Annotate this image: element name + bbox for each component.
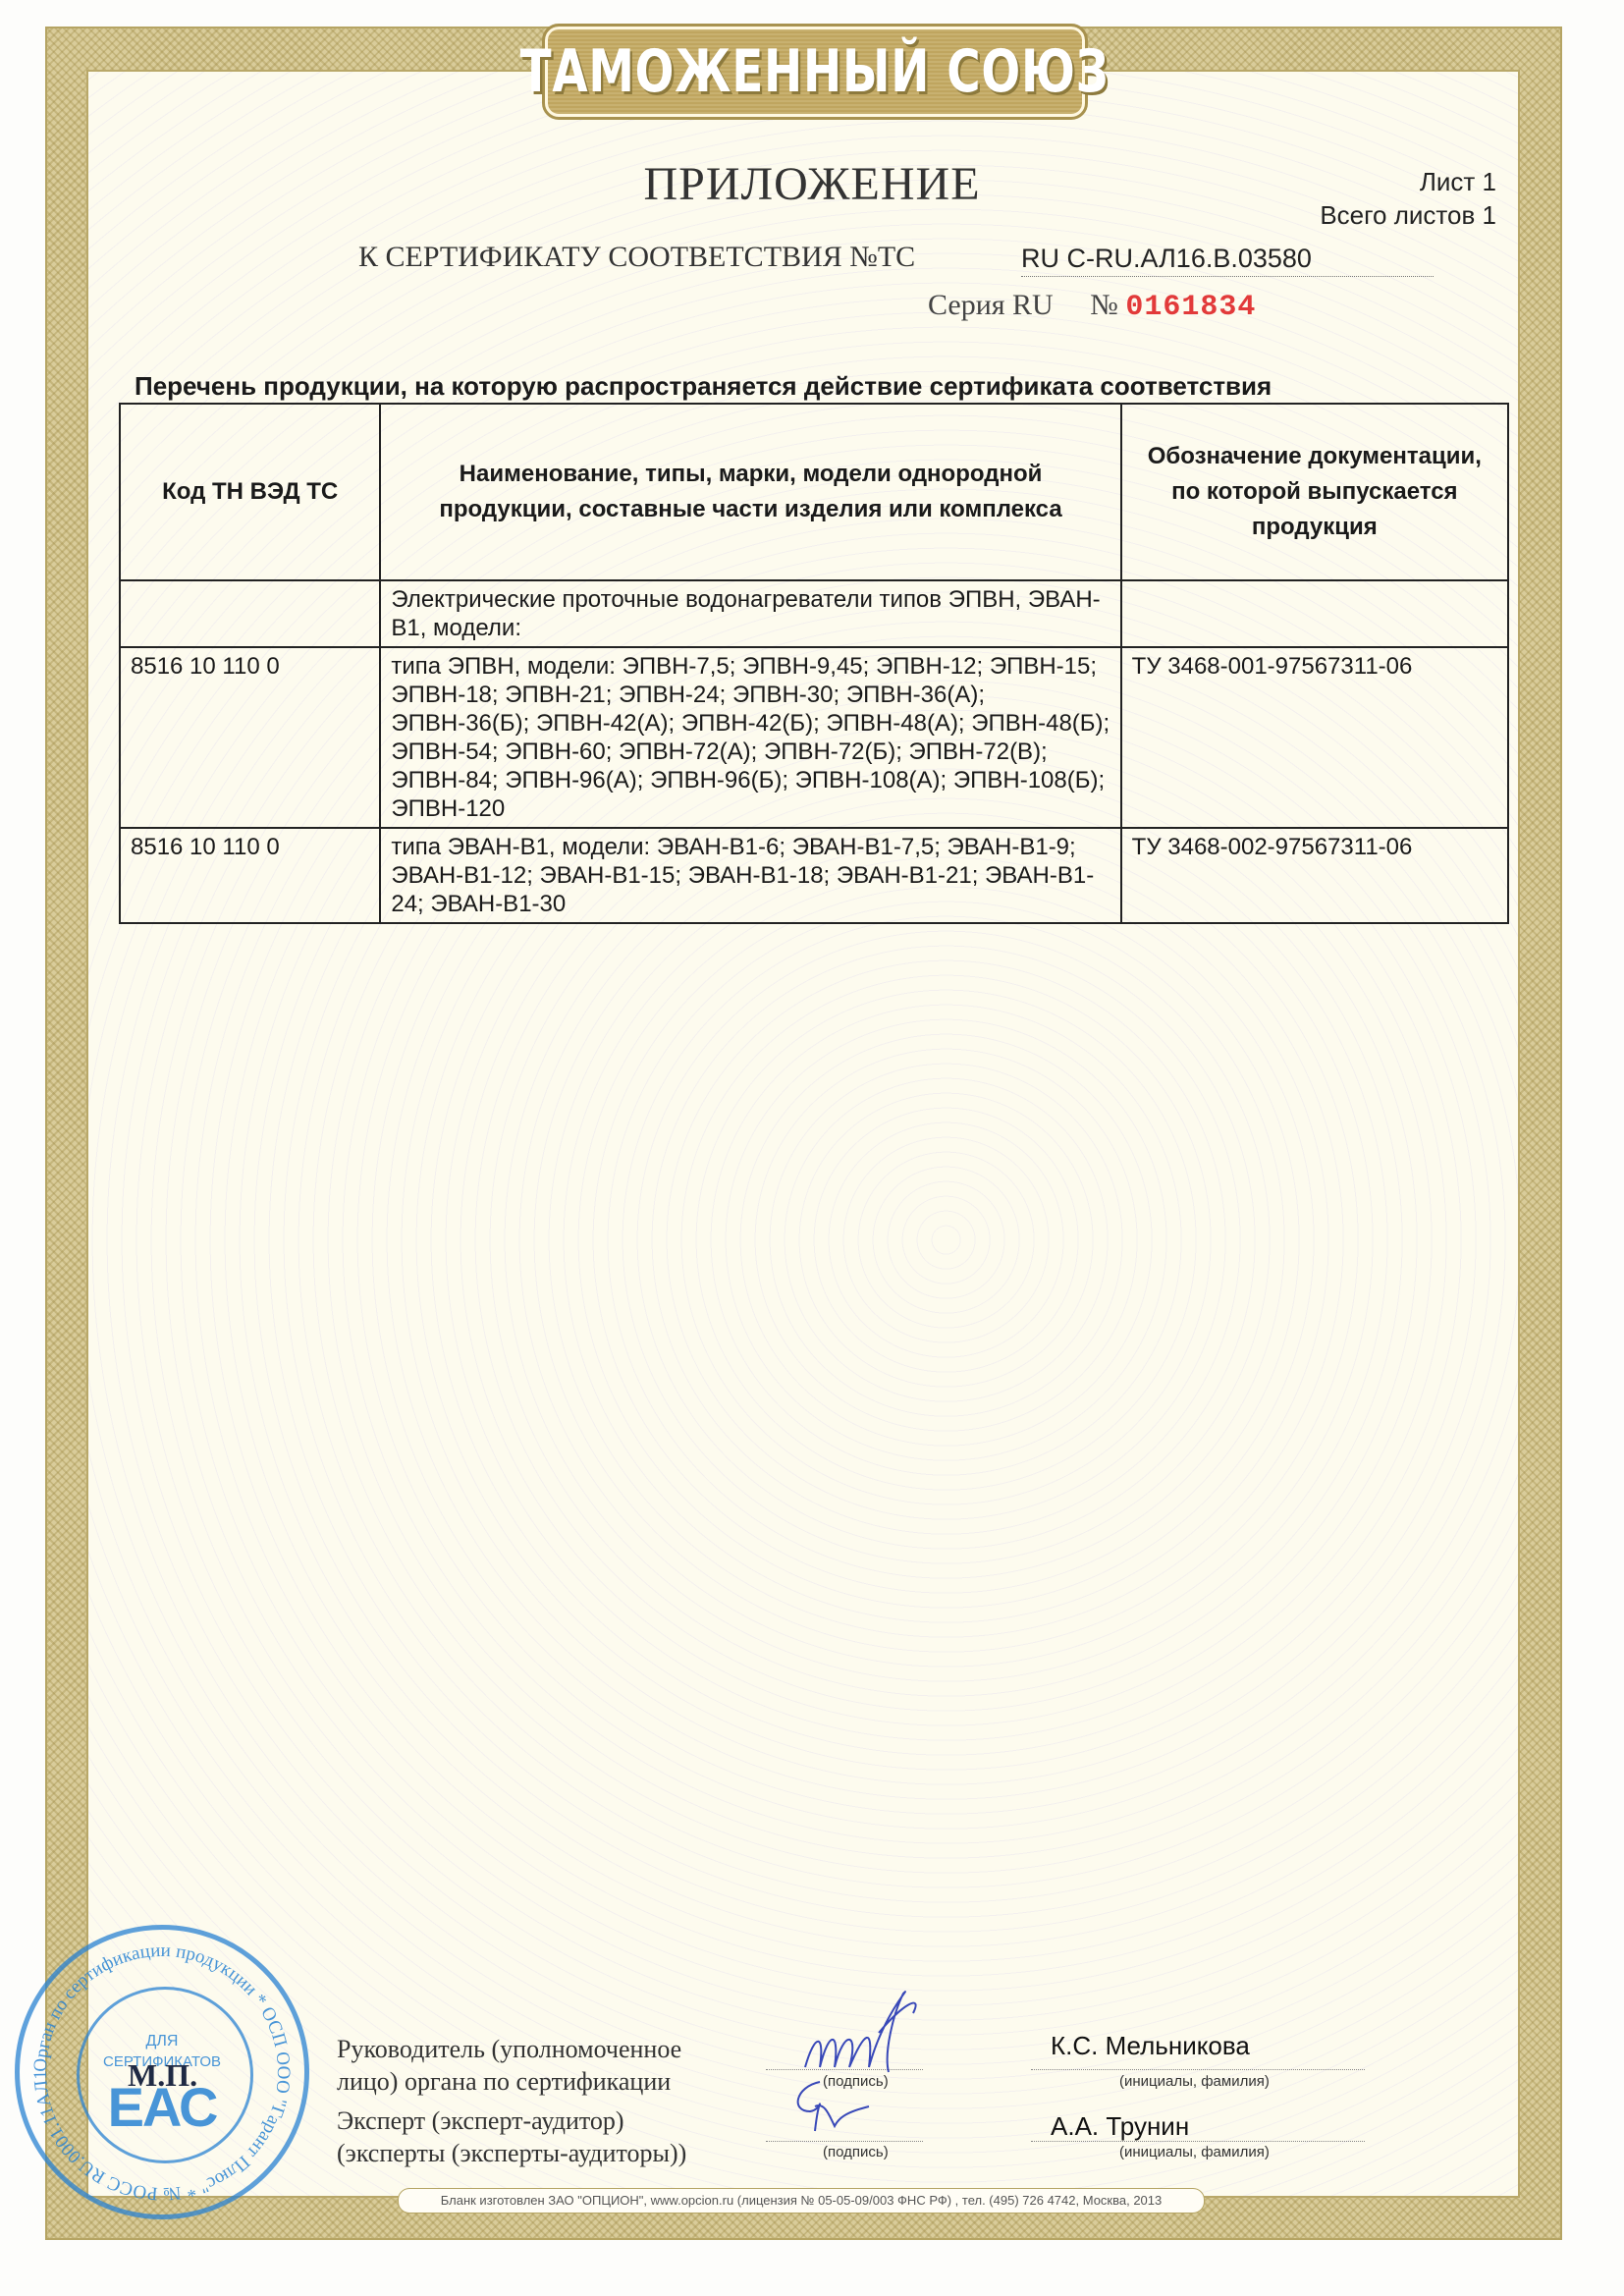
cell-doc (1121, 580, 1508, 647)
footer-printer-info: Бланк изготовлен ЗАО "ОПЦИОН", www.opcio… (398, 2188, 1205, 2214)
banner-text: ТАМОЖЕННЫЙ СОЮЗ (520, 37, 1110, 106)
expert-name: А.А. Трунин (1051, 2111, 1189, 2142)
expert-signature-scribble (781, 2072, 918, 2141)
cell-name: типа ЭВАН-В1, модели: ЭВАН-В1-6; ЭВАН-В1… (380, 828, 1120, 923)
number-sign: № (1090, 289, 1118, 321)
cell-code: 8516 10 110 0 (120, 828, 380, 923)
column-header-name: Наименование, типы, марки, модели одноро… (380, 404, 1120, 580)
table-row: 8516 10 110 0 типа ЭВАН-В1, модели: ЭВАН… (120, 828, 1508, 923)
products-table: Код ТН ВЭД ТС Наименование, типы, марки,… (119, 403, 1509, 924)
sheet-number: Лист 1 (1320, 165, 1496, 198)
head-label: Руководитель (уполномоченное лицо) орган… (337, 2033, 681, 2098)
cell-code (120, 580, 380, 647)
column-header-doc: Обозначение документации, по которой вып… (1121, 404, 1508, 580)
total-sheets: Всего листов 1 (1320, 198, 1496, 232)
table-header-row: Код ТН ВЭД ТС Наименование, типы, марки,… (120, 404, 1508, 580)
series-line: Серия RU № 0161834 (928, 289, 1256, 324)
series-label: Серия RU (928, 289, 1054, 321)
certificate-label: К СЕРТИФИКАТУ СООТВЕТСТВИЯ №ТС (358, 241, 915, 274)
stamp-line-1: ДЛЯ (20, 2033, 304, 2050)
expert-name-line (1031, 2141, 1365, 2142)
head-label-line-2: лицо) органа по сертификации (337, 2065, 681, 2098)
expert-signature-line (766, 2141, 923, 2142)
head-name: К.С. Мельникова (1051, 2031, 1250, 2061)
table-row: Электрические проточные водонагреватели … (120, 580, 1508, 647)
sheet-info: Лист 1 Всего листов 1 (1320, 165, 1496, 232)
expert-name-caption: (инициалы, фамилия) (1119, 2144, 1270, 2160)
expert-label-line-2: (эксперты (эксперты-аудиторы)) (337, 2137, 686, 2169)
table-row: 8516 10 110 0 типа ЭПВН, модели: ЭПВН-7,… (120, 647, 1508, 828)
cell-doc: ТУ 3468-002-97567311-06 (1121, 828, 1508, 923)
stamp-place-mark: М.П. (128, 2057, 197, 2094)
head-name-line (1031, 2069, 1365, 2070)
column-header-code: Код ТН ВЭД ТС (120, 404, 380, 580)
series-number: 0161834 (1125, 291, 1256, 324)
head-signature-scribble (785, 1974, 962, 2082)
cell-name: Электрические проточные водонагреватели … (380, 580, 1120, 647)
head-name-caption: (инициалы, фамилия) (1119, 2073, 1270, 2090)
cell-code: 8516 10 110 0 (120, 647, 380, 828)
list-heading: Перечень продукции, на которую распростр… (135, 371, 1272, 402)
head-label-line-1: Руководитель (уполномоченное (337, 2033, 681, 2065)
expert-label-line-1: Эксперт (эксперт-аудитор) (337, 2105, 686, 2137)
cell-name: типа ЭПВН, модели: ЭПВН-7,5; ЭПВН-9,45; … (380, 647, 1120, 828)
cell-doc: ТУ 3468-001-97567311-06 (1121, 647, 1508, 828)
expert-label: Эксперт (эксперт-аудитор) (эксперты (экс… (337, 2105, 686, 2169)
certificate-number: RU C-RU.АЛ16.В.03580 (1021, 244, 1434, 277)
customs-union-banner: ТАМОЖЕННЫЙ СОЮЗ (545, 27, 1085, 117)
expert-signature-caption: (подпись) (823, 2144, 889, 2160)
